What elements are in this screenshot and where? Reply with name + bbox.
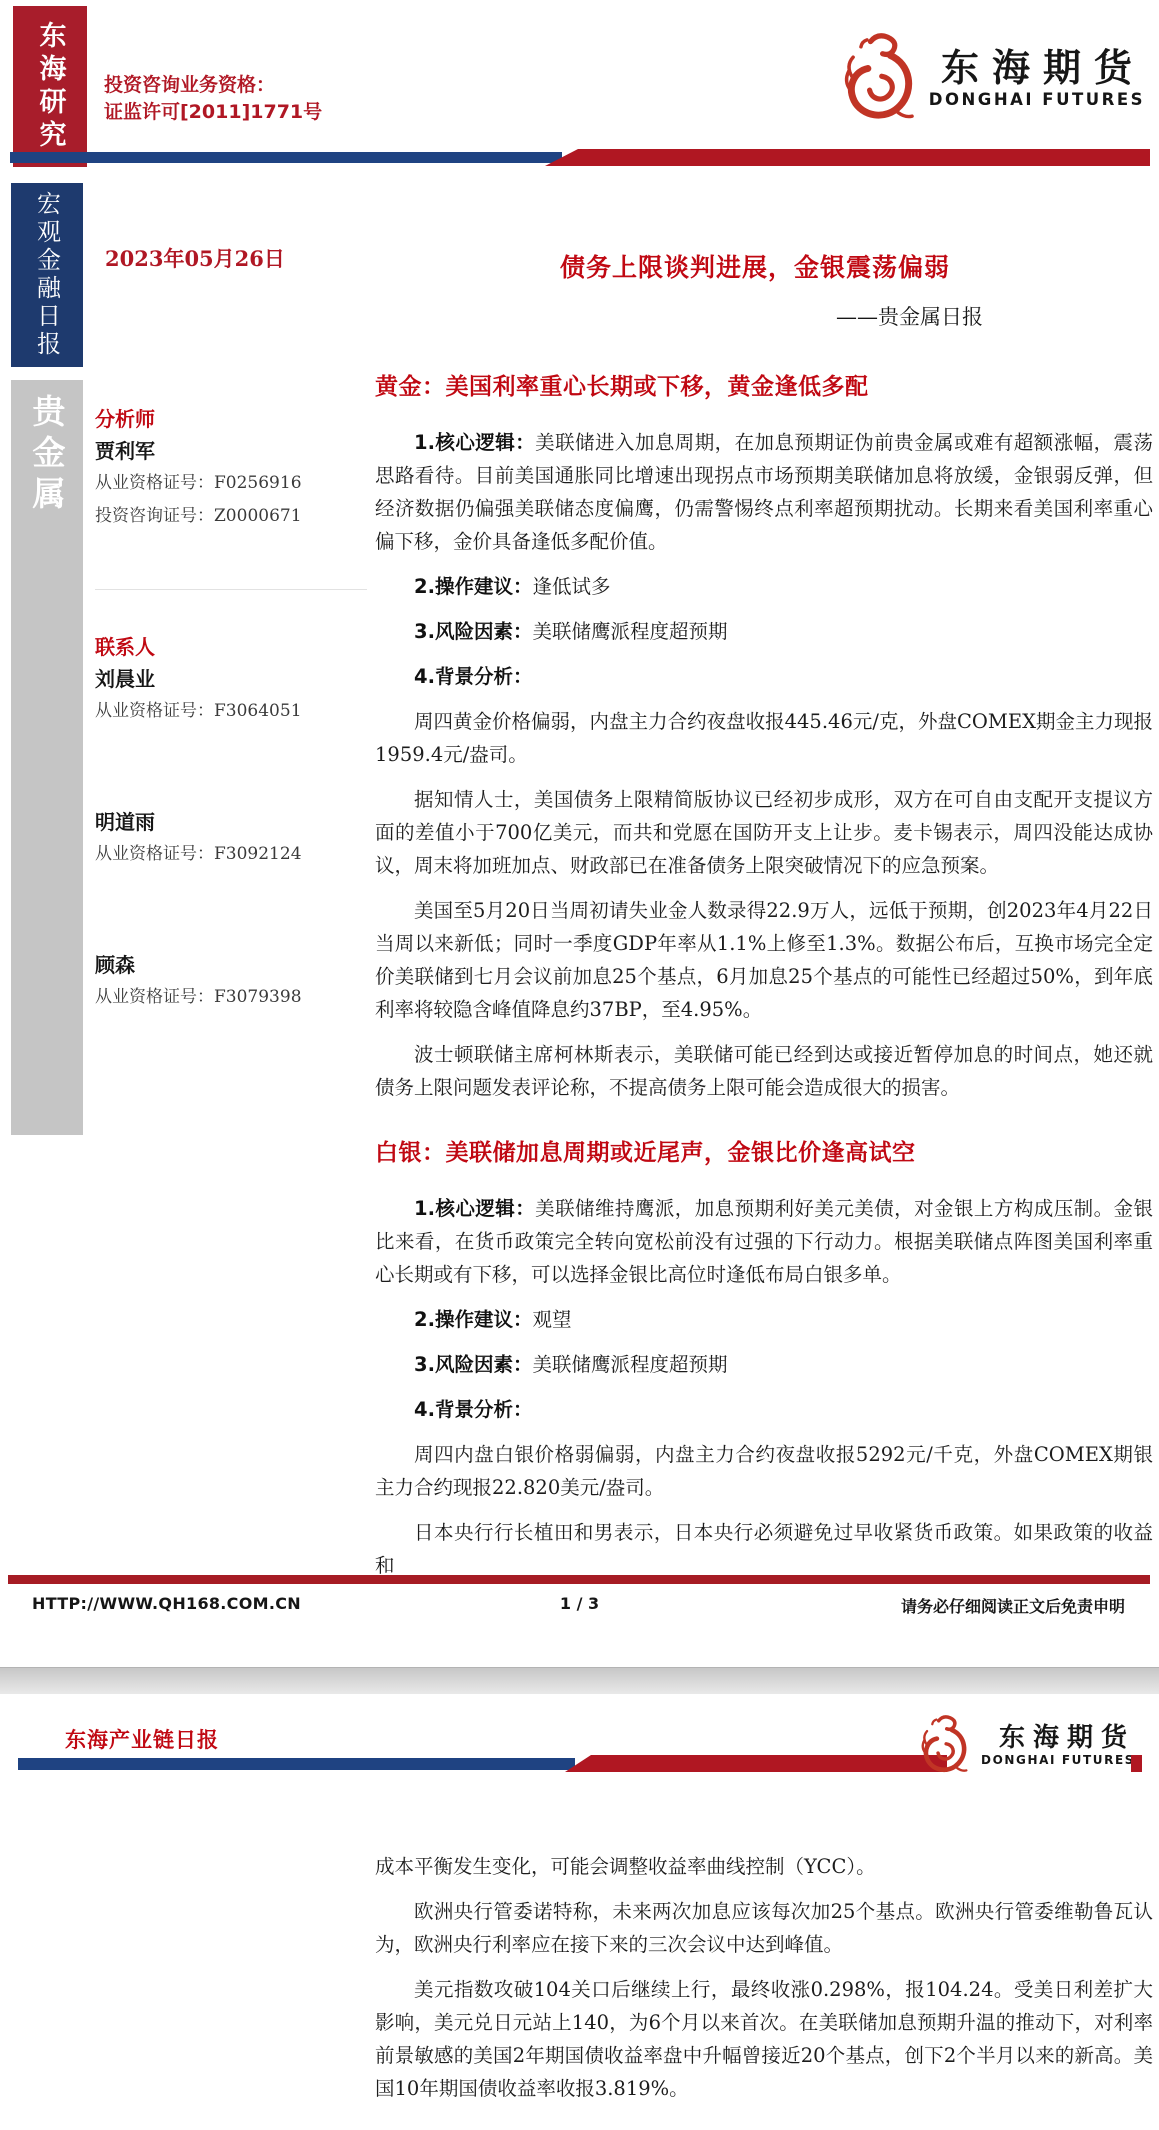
- report-body: 黄金：美国利率重心长期或下移，黄金逢低多配1.核心逻辑：美联储进入加息周期，在加…: [375, 372, 1153, 1582]
- page2-divider-red: [565, 1755, 947, 1772]
- section-item-label: 4.背景分析：: [414, 665, 532, 688]
- logo-en-text: DONGHAI FUTURES: [929, 90, 1145, 110]
- section-item: 2.操作建议：观望: [375, 1303, 1153, 1336]
- brand-box: 东海研究: [13, 6, 87, 167]
- page2-paragraph: 美元指数攻破104关口后继续上行，最终收涨0.298%，报104.24。受美日利…: [375, 1973, 1153, 2105]
- sidebar-tab-macro-label: 宏观金融日报: [30, 191, 65, 359]
- sidebar-tab-metal-label: 贵金属: [24, 380, 71, 1135]
- section-item: 1.核心逻辑：美联储进入加息周期，在加息预期证伪前贵金属或难有超额涨幅，震荡思路…: [375, 426, 1153, 558]
- section-paragraph: 据知情人士，美国债务上限精简版协议已经初步成形，双方在可自由支配开支提议方面的差…: [375, 783, 1153, 882]
- team-panel: 分析师 贾利军 从业资格证号：F0256916 投资咨询证号：Z0000671 …: [95, 403, 367, 1014]
- brand-vertical-text: 东海研究: [31, 21, 70, 153]
- report-subtitle: ——贵金属日报: [836, 301, 983, 331]
- contact-block: 刘晨业从业资格证号：F3064051: [95, 663, 367, 728]
- report-section: 黄金：美国利率重心长期或下移，黄金逢低多配1.核心逻辑：美联储进入加息周期，在加…: [375, 372, 1153, 1104]
- footer-divider-bar: [8, 1575, 1150, 1584]
- section-item-label: 3.风险因素：: [414, 620, 532, 643]
- analyst-label: 分析师: [95, 403, 367, 435]
- page2-company-logo: 东海期货 DONGHAI FUTURES: [919, 1712, 1135, 1778]
- dragon-logo-icon: [841, 28, 919, 128]
- contact-block: 顾森从业资格证号：F3079398: [95, 949, 367, 1014]
- page-separator-band: [0, 1667, 1159, 1694]
- sidebar-tab-macro-finance-daily: 宏观金融日报: [11, 183, 83, 367]
- section-paragraph: 日本央行行长植田和男表示，日本央行必须避免过早收紧货币政策。如果政策的收益和: [375, 1516, 1153, 1582]
- section-item-label: 4.背景分析：: [414, 1398, 532, 1421]
- footer: HTTP://WWW.QH168.COM.CN 1 / 3 请务必仔细阅读正文后…: [0, 1594, 1159, 1618]
- section-item-label: 3.风险因素：: [414, 1353, 532, 1376]
- analyst-name: 贾利军: [95, 435, 367, 467]
- contact-cred: 从业资格证号：F3064051: [95, 695, 367, 728]
- contact-label: 联系人: [95, 631, 367, 663]
- page2-header-title: 东海产业链日报: [65, 1724, 219, 1754]
- logo-en-text: DONGHAI FUTURES: [981, 1753, 1135, 1768]
- section-item: 3.风险因素：美联储鹰派程度超预期: [375, 615, 1153, 648]
- analyst-cred: 投资咨询证号：Z0000671: [95, 500, 367, 533]
- section-paragraph: 周四黄金价格偏弱，内盘主力合约夜盘收报445.46元/克，外盘COMEX期金主力…: [375, 705, 1153, 771]
- contacts-list: 刘晨业从业资格证号：F3064051明道雨从业资格证号：F3092124顾森从业…: [95, 663, 367, 1014]
- header-divider-blue: [10, 152, 562, 163]
- section-item: 4.背景分析：: [375, 1393, 1153, 1426]
- report-title: 债务上限谈判进展，金银震荡偏弱: [540, 248, 970, 284]
- page2-paragraph: 成本平衡发生变化，可能会调整收益率曲线控制（YCC）。: [375, 1850, 1153, 1883]
- company-logo: 东海期货 DONGHAI FUTURES: [841, 28, 1145, 128]
- section-paragraph: 美国至5月20日当周初请失业金人数录得22.9万人，远低于预期，创2023年4月…: [375, 894, 1153, 1026]
- qualification-line1: 投资咨询业务资格：: [104, 72, 322, 99]
- page2-logo-red-square: [1131, 1755, 1142, 1772]
- contact-block: 明道雨从业资格证号：F3092124: [95, 806, 367, 871]
- section-heading: 黄金：美国利率重心长期或下移，黄金逢低多配: [375, 372, 1153, 402]
- logo-cn-text: 东海期货: [941, 46, 1145, 90]
- contact-name: 明道雨: [95, 806, 367, 838]
- section-item-text: 观望: [532, 1308, 571, 1331]
- section-paragraph: 周四内盘白银价格弱偏弱，内盘主力合约夜盘收报5292元/千克，外盘COMEX期银…: [375, 1438, 1153, 1504]
- logo-cn-text: 东海期货: [999, 1723, 1135, 1753]
- sidebar-tab-precious-metals: 贵金属: [11, 380, 83, 1135]
- section-item-label: 2.操作建议：: [414, 575, 532, 598]
- contact-name: 刘晨业: [95, 663, 367, 695]
- section-item-text: 逢低试多: [532, 575, 610, 598]
- report-date: 2023年05月26日: [105, 243, 285, 273]
- analyst-cred: 从业资格证号：F0256916: [95, 467, 367, 500]
- contact-cred: 从业资格证号：F3079398: [95, 981, 367, 1014]
- section-item: 1.核心逻辑：美联储维持鹰派，加息预期利好美元美债，对金银上方构成压制。金银比来…: [375, 1192, 1153, 1291]
- section-item: 3.风险因素：美联储鹰派程度超预期: [375, 1348, 1153, 1381]
- team-divider-line: [95, 589, 367, 590]
- page2-paragraph: 欧洲央行管委诺特称，未来两次加息应该每次加25个基点。欧洲央行管委维勒鲁瓦认为，…: [375, 1895, 1153, 1961]
- section-paragraph: 波士顿联储主席柯林斯表示，美联储可能已经到达或接近暂停加息的时间点，她还就债务上…: [375, 1038, 1153, 1104]
- header-divider-red: [545, 149, 1150, 166]
- qualification-text: 投资咨询业务资格： 证监许可[2011]1771号: [104, 72, 322, 126]
- section-item: 4.背景分析：: [375, 660, 1153, 693]
- report-section: 白银：美联储加息周期或近尾声，金银比价逢高试空1.核心逻辑：美联储维持鹰派，加息…: [375, 1138, 1153, 1582]
- contact-name: 顾森: [95, 949, 367, 981]
- contact-cred: 从业资格证号：F3092124: [95, 838, 367, 871]
- section-item-text: 美联储鹰派程度超预期: [532, 620, 727, 643]
- footer-disclaimer-note: 请务必仔细阅读正文后免责申明: [901, 1594, 1125, 1617]
- page2-body: 成本平衡发生变化，可能会调整收益率曲线控制（YCC）。欧洲央行管委诺特称，未来两…: [375, 1838, 1153, 2105]
- section-item-label: 2.操作建议：: [414, 1308, 532, 1331]
- section-item-text: 美联储鹰派程度超预期: [532, 1353, 727, 1376]
- page2-divider-blue: [18, 1758, 575, 1770]
- section-item-label: 1.核心逻辑：: [414, 1197, 535, 1220]
- dragon-logo-icon: [919, 1712, 971, 1778]
- section-heading: 白银：美联储加息周期或近尾声，金银比价逢高试空: [375, 1138, 1153, 1168]
- section-item-label: 1.核心逻辑：: [414, 431, 535, 454]
- section-item: 2.操作建议：逢低试多: [375, 570, 1153, 603]
- qualification-line2: 证监许可[2011]1771号: [104, 99, 322, 126]
